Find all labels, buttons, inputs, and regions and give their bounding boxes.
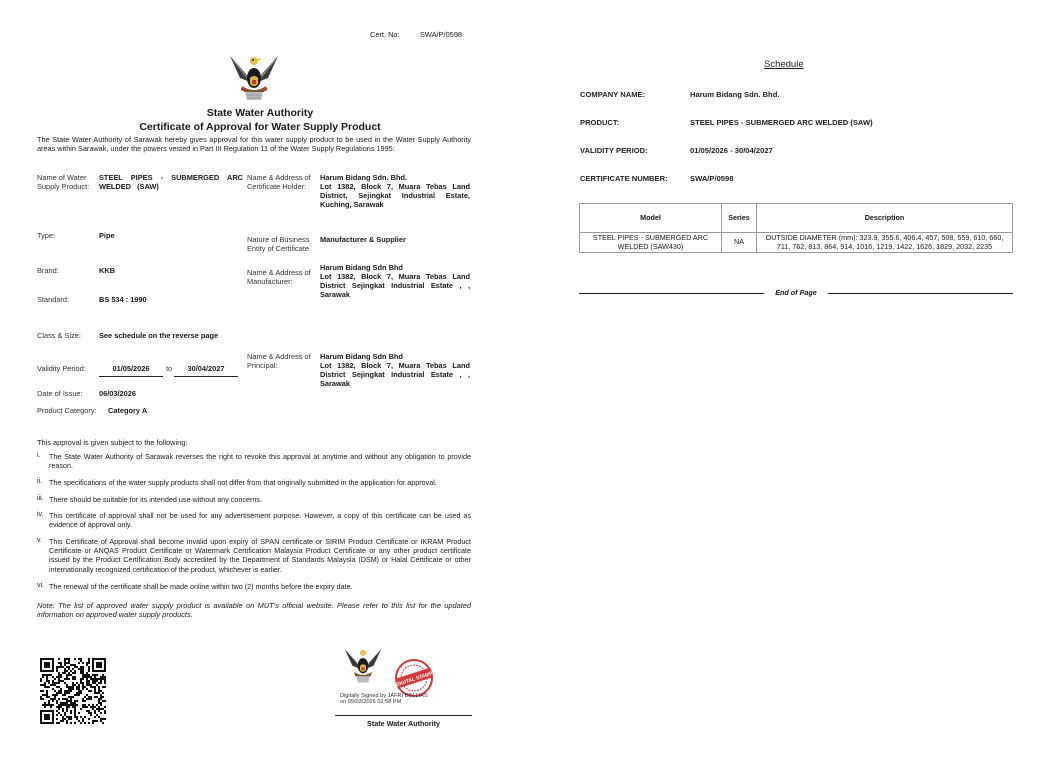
product-value: STEEL PIPES - SUBMERGED ARC WELDED (SAW) xyxy=(690,118,873,127)
business-label: Nature of Business Entity of Certificate xyxy=(247,235,317,253)
brand-label: Brand: xyxy=(37,266,59,275)
condition-item: vi. The renewal of the certificate shall… xyxy=(37,582,471,591)
condition-number: i. xyxy=(37,451,41,460)
digital-stamp-icon: DIGITAL STAMP xyxy=(394,658,434,698)
sarawak-emblem-icon xyxy=(226,48,282,106)
note-text: Note: The list of approved water supply … xyxy=(37,601,471,619)
principal-label: Name & Address of Principal: xyxy=(247,352,317,370)
holder-label: Name & Address of Certificate Holder: xyxy=(247,173,317,191)
category-value: Category A xyxy=(108,406,147,415)
condition-item: v. This Certificate of Approval shall be… xyxy=(37,537,471,574)
condition-text: This Certificate of Approval shall becom… xyxy=(49,537,471,574)
condition-item: ii. The specifications of the water supp… xyxy=(37,478,471,487)
condition-text: The specifications of the water supply p… xyxy=(49,478,471,487)
end-of-page-marker: End of Page xyxy=(579,288,1013,300)
type-label: Type: xyxy=(37,231,55,240)
conditions-heading: This approval is given subject to the fo… xyxy=(37,438,187,447)
class-size-label: Class & Size: xyxy=(37,331,81,340)
condition-text: The renewal of the certificate shall be … xyxy=(49,582,471,591)
holder-name: Harum Bidang Sdn. Bhd. xyxy=(320,173,470,182)
authority-name: State Water Authority xyxy=(0,107,520,119)
manufacturer-label: Name & Address of Manufacturer: xyxy=(247,268,317,286)
signed-by-text: Digitally Signed by JAFRI BIN LIAS on 09… xyxy=(340,693,428,705)
standard-label: Standard: xyxy=(37,295,69,304)
principal-name: Harum Bidang Sdn Bhd xyxy=(320,352,470,361)
condition-number: ii. xyxy=(37,477,42,486)
condition-item: iii. There should be suitable for its in… xyxy=(37,495,471,504)
end-of-page-rule-right xyxy=(828,293,1013,294)
certificate-intro: The State Water Authority of Sarawak her… xyxy=(37,135,471,153)
cert-no: SWA/P/0598 xyxy=(420,30,462,39)
type-value: Pipe xyxy=(99,231,115,240)
cell-model: STEEL PIPES - SUBMERGED ARC WELDED (SAW4… xyxy=(580,233,722,253)
condition-number: iv. xyxy=(37,510,43,519)
schedule-table: Model Series Description STEEL PIPES - S… xyxy=(579,203,1013,253)
column-header-description: Description xyxy=(757,204,1013,233)
condition-item: i. The State Water Authority of Sarawak … xyxy=(37,452,471,470)
manufacturer-name: Harum Bidang Sdn Bhd xyxy=(320,263,470,272)
company-label: COMPANY NAME: xyxy=(580,90,645,99)
cert-no-label: Cert. No: xyxy=(370,30,400,39)
business-value: Manufacturer & Supplier xyxy=(320,235,406,244)
validity-from: 01/05/2026 xyxy=(99,364,163,377)
validity-period-label: VALIDITY PERIOD: xyxy=(580,146,648,155)
product-label: PRODUCT: xyxy=(580,118,619,127)
manufacturer-address: Lot 1382, Block 7, Muara Tebas Land Dist… xyxy=(320,272,470,300)
product-name: STEEL PIPES - SUBMERGED ARC WELDED (SAW) xyxy=(99,173,243,191)
class-size-value: See schedule on the reverse page xyxy=(99,331,218,340)
date-issue-value: 06/03/2026 xyxy=(99,389,136,398)
column-header-series: Series xyxy=(722,204,757,233)
brand-value: KKB xyxy=(99,266,115,275)
table-header-row: Model Series Description xyxy=(580,204,1013,233)
column-header-model: Model xyxy=(580,204,722,233)
signature-emblem-icon xyxy=(340,643,386,687)
validity-to: 30/04/2027 xyxy=(174,364,238,377)
schedule-page: Schedule COMPANY NAME: Harum Bidang Sdn.… xyxy=(530,0,1051,767)
certificate-number-label: CERTIFICATE NUMBER: xyxy=(580,174,668,183)
signed-on-line: on 09/03/2026 02:58 PM xyxy=(340,699,428,705)
validity-period-value: 01/05/2026 - 30/04/2027 xyxy=(690,146,773,155)
cell-series: NA xyxy=(722,233,757,253)
condition-number: v. xyxy=(37,536,42,545)
table-row: STEEL PIPES - SUBMERGED ARC WELDED (SAW4… xyxy=(580,233,1013,253)
certificate-number-value: SWA/P/0598 xyxy=(690,174,733,183)
condition-text: The State Water Authority of Sarawak rev… xyxy=(49,452,471,470)
product-name-label: Name of Water Supply Product: xyxy=(37,173,99,191)
condition-item: iv. This certificate of approval shall n… xyxy=(37,511,471,529)
certificate-title: Certificate of Approval for Water Supply… xyxy=(0,121,520,133)
schedule-title: Schedule xyxy=(764,59,804,70)
condition-number: iii. xyxy=(37,494,44,503)
principal-address: Lot 1382, Block 7, Muara Tebas Land Dist… xyxy=(320,361,470,389)
signature-footer: State Water Authority xyxy=(335,719,472,728)
certificate-page: Cert. No: SWA/P/0598 State Water Authori… xyxy=(0,0,520,767)
validity-to-word: to xyxy=(166,364,172,373)
signature-line xyxy=(335,715,472,716)
qr-code-icon[interactable] xyxy=(40,658,106,724)
validity-label: Validity Period: xyxy=(37,364,86,373)
date-issue-label: Date of Issue: xyxy=(37,389,83,398)
category-label: Product Category: xyxy=(37,406,97,415)
company-value: Harum Bidang Sdn. Bhd. xyxy=(690,90,779,99)
condition-text: This certificate of approval shall not b… xyxy=(49,511,471,529)
holder-address: Lot 1382, Block 7, Muara Tebas Land Dist… xyxy=(320,182,470,210)
condition-text: There should be suitable for its intende… xyxy=(49,495,471,504)
standard-value: BS 534 : 1990 xyxy=(99,295,147,304)
condition-number: vi. xyxy=(37,581,44,590)
cell-description: OUTSIDE DIAMETER (mm): 323.9, 355.6, 406… xyxy=(757,233,1013,253)
